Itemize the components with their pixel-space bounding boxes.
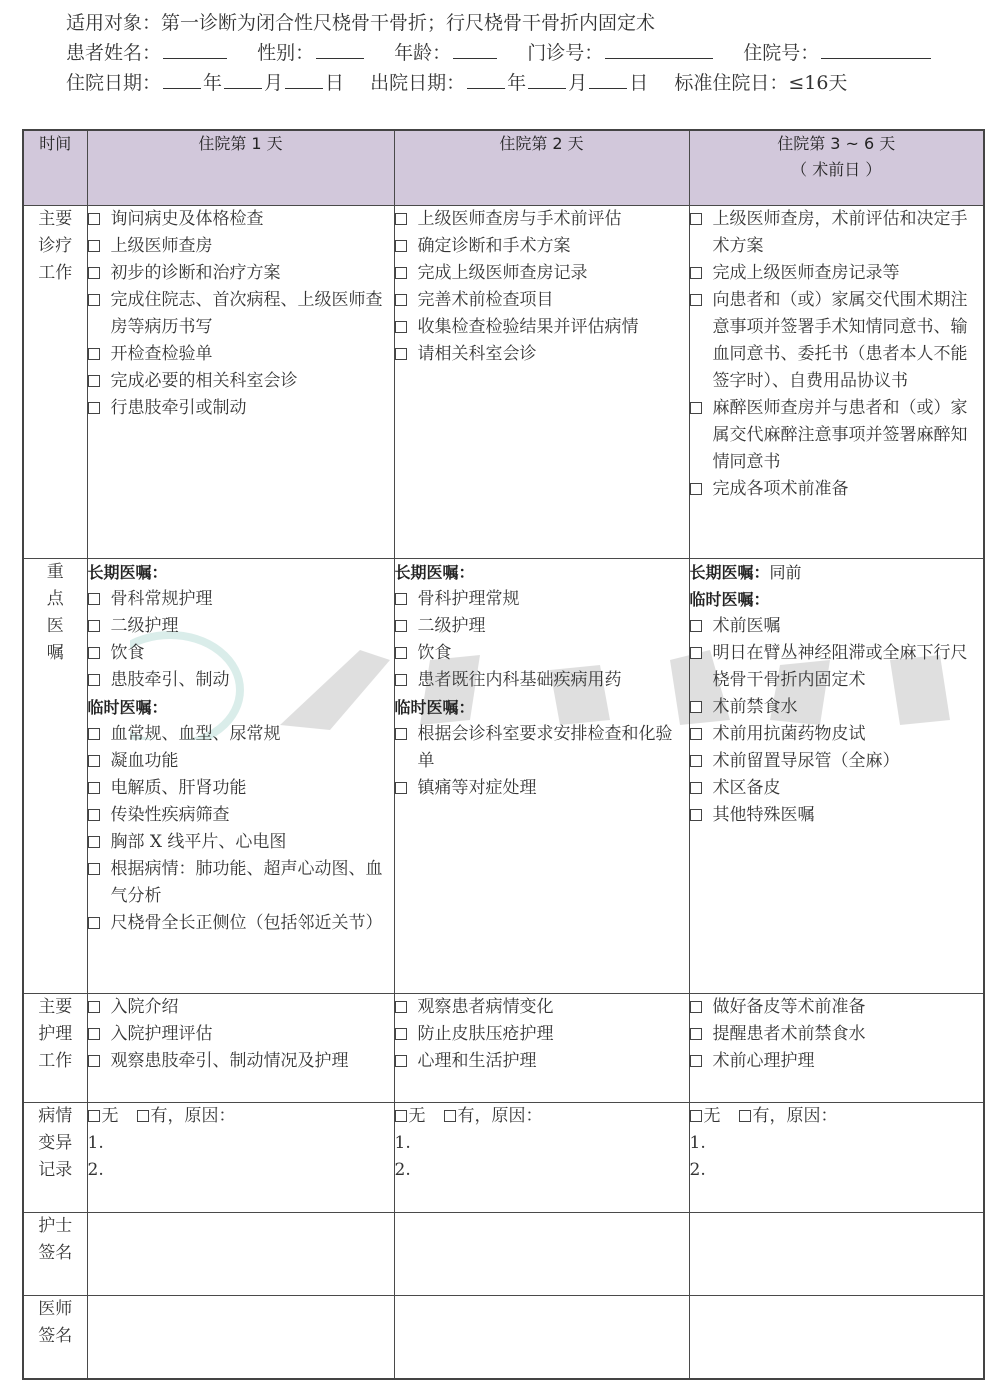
month-label: 月 bbox=[264, 72, 283, 94]
variation-none-checkbox[interactable] bbox=[690, 1110, 702, 1122]
checklist-item-text: 饮食 bbox=[111, 643, 145, 663]
checklist-item: 开检查检验单 bbox=[88, 341, 394, 368]
checklist-item-text: 电解质、肝肾功能 bbox=[111, 778, 247, 798]
checkbox[interactable] bbox=[88, 809, 100, 821]
checklist-item-text: 胸部 X 线平片、心电图 bbox=[111, 832, 287, 852]
checklist-item: 上级医师查房，术前评估和决定手术方案 bbox=[690, 206, 984, 260]
clinic-no-label: 门诊号： bbox=[527, 42, 603, 64]
checkbox[interactable] bbox=[395, 782, 407, 794]
checkbox[interactable] bbox=[395, 294, 407, 306]
checklist-item: 术前心理护理 bbox=[690, 1048, 984, 1075]
checkbox[interactable] bbox=[395, 674, 407, 686]
cell-diagnosis-day2: 上级医师查房与手术前评估确定诊断和手术方案完成上级医师查房记录完善术前检查项目收… bbox=[394, 206, 689, 559]
col-header-day3-6-sub: （ 术前日 ） bbox=[690, 157, 984, 183]
cell-diagnosis-day1: 询问病史及体格检查上级医师查房初步的诊断和治疗方案完成住院志、首次病程、上级医师… bbox=[87, 206, 394, 559]
checklist-item-text: 完善术前检查项目 bbox=[418, 290, 554, 310]
discharge-date-label: 出院日期： bbox=[370, 72, 465, 94]
year-label: 年 bbox=[203, 72, 222, 94]
checklist-item: 饮食 bbox=[88, 640, 394, 667]
day-label: 日 bbox=[325, 72, 344, 94]
admit-month-field[interactable] bbox=[224, 68, 262, 89]
checklist-item: 询问病史及体格检查 bbox=[88, 206, 394, 233]
row-doctor-sign: 医师签名 bbox=[23, 1296, 984, 1379]
checklist-item: 完成住院志、首次病程、上级医师查房等病历书写 bbox=[88, 287, 394, 341]
checkbox[interactable] bbox=[88, 836, 100, 848]
checkbox[interactable] bbox=[88, 620, 100, 632]
checklist-item-text: 提醒患者术前禁食水 bbox=[713, 1024, 866, 1044]
checklist-item: 根据会诊科室要求安排检查和化验单 bbox=[395, 721, 689, 775]
clinic-no-field[interactable] bbox=[605, 38, 713, 59]
doctor-sign-day1-field[interactable] bbox=[87, 1296, 394, 1379]
checklist-item: 二级护理 bbox=[395, 613, 689, 640]
row-nurse-sign: 护士签名 bbox=[23, 1213, 984, 1296]
checklist-item-text: 尺桡骨全长正侧位（包括邻近关节） bbox=[111, 913, 383, 933]
checklist-item: 明日在臂丛神经阻滞或全麻下行尺桡骨干骨折内固定术 bbox=[690, 640, 984, 694]
checkbox[interactable] bbox=[395, 1055, 407, 1067]
checkbox[interactable] bbox=[88, 728, 100, 740]
checkbox[interactable] bbox=[88, 294, 100, 306]
checkbox[interactable] bbox=[690, 809, 702, 821]
checklist-item: 术区备皮 bbox=[690, 775, 984, 802]
checklist-item: 完善术前检查项目 bbox=[395, 287, 689, 314]
checkbox[interactable] bbox=[690, 1055, 702, 1067]
checkbox[interactable] bbox=[88, 917, 100, 929]
checkbox[interactable] bbox=[690, 701, 702, 713]
day-label: 日 bbox=[629, 72, 648, 94]
hosp-no-field[interactable] bbox=[821, 38, 931, 59]
checkbox[interactable] bbox=[690, 267, 702, 279]
checkbox[interactable] bbox=[690, 1028, 702, 1040]
checklist-item-text: 观察患肢牵引、制动情况及护理 bbox=[111, 1051, 349, 1071]
checklist-item: 术前禁食水 bbox=[690, 694, 984, 721]
checklist-item-text: 根据病情：肺功能、超声心动图、血气分析 bbox=[111, 859, 383, 906]
month-label: 月 bbox=[568, 72, 587, 94]
checkbox[interactable] bbox=[88, 863, 100, 875]
checkbox[interactable] bbox=[395, 348, 407, 360]
checklist-item: 上级医师查房 bbox=[88, 233, 394, 260]
checklist-item: 麻醉医师查房并与患者和（或）家属交代麻醉注意事项并签署麻醉知情同意书 bbox=[690, 395, 984, 476]
age-label: 年龄： bbox=[394, 42, 451, 64]
variation-none-label: 无 bbox=[409, 1106, 426, 1126]
sex-field[interactable] bbox=[316, 38, 364, 59]
checklist-item-text: 术前禁食水 bbox=[713, 697, 798, 717]
cell-nursing-day2: 观察患者病情变化防止皮肤压疮护理心理和生活护理 bbox=[394, 994, 689, 1103]
checklist-item: 请相关科室会诊 bbox=[395, 341, 689, 368]
checkbox[interactable] bbox=[88, 1028, 100, 1040]
doctor-sign-day2-field[interactable] bbox=[394, 1296, 689, 1379]
row-label-variation: 病情变异记录 bbox=[23, 1103, 87, 1213]
variation-reason-1[interactable]: 1. bbox=[395, 1130, 689, 1157]
cell-nursing-day3: 做好备皮等术前准备提醒患者术前禁食水术前心理护理 bbox=[689, 994, 984, 1103]
nurse-sign-day2-field[interactable] bbox=[394, 1213, 689, 1296]
checklist-item-text: 术前留置导尿管（全麻） bbox=[713, 751, 900, 771]
variation-reason-2[interactable]: 2. bbox=[88, 1157, 394, 1184]
checklist-item-text: 饮食 bbox=[418, 643, 452, 663]
checklist-item-text: 患肢牵引、制动 bbox=[111, 670, 230, 690]
variation-none-label: 无 bbox=[102, 1106, 119, 1126]
row-label-diagnosis: 主要诊疗工作 bbox=[23, 206, 87, 559]
checkbox[interactable] bbox=[88, 240, 100, 252]
checklist-item-text: 确定诊断和手术方案 bbox=[418, 236, 571, 256]
temp-orders-heading: 临时医嘱： bbox=[88, 694, 394, 721]
long-term-orders-heading: 长期医嘱：同前 bbox=[690, 559, 984, 586]
checklist-item-text: 上级医师查房，术前评估和决定手术方案 bbox=[713, 209, 968, 256]
row-variation: 病情变异记录 无有，原因：1.2. 无有，原因：1.2. 无有，原因：1.2. bbox=[23, 1103, 984, 1213]
checkbox[interactable] bbox=[88, 1001, 100, 1013]
table-header-row: 时间 住院第 1 天 住院第 2 天 住院第 3 ~ 6 天 （ 术前日 ） bbox=[23, 130, 984, 206]
checklist-item-text: 观察患者病情变化 bbox=[418, 997, 554, 1017]
checklist-item-text: 初步的诊断和治疗方案 bbox=[111, 263, 281, 283]
checklist-item-text: 做好备皮等术前准备 bbox=[713, 997, 866, 1017]
checkbox[interactable] bbox=[88, 1055, 100, 1067]
checklist-item: 完成上级医师查房记录等 bbox=[690, 260, 984, 287]
checkbox[interactable] bbox=[690, 782, 702, 794]
checkbox[interactable] bbox=[690, 483, 702, 495]
checkbox[interactable] bbox=[88, 755, 100, 767]
checklist-item-text: 凝血功能 bbox=[111, 751, 179, 771]
checklist-item: 尺桡骨全长正侧位（包括邻近关节） bbox=[88, 910, 394, 937]
row-label-nursing: 主要护理工作 bbox=[23, 994, 87, 1103]
checkbox[interactable] bbox=[88, 348, 100, 360]
checklist-item: 完成必要的相关科室会诊 bbox=[88, 368, 394, 395]
checklist-item-text: 血常规、血型、尿常规 bbox=[111, 724, 281, 744]
checklist-item: 观察患肢牵引、制动情况及护理 bbox=[88, 1048, 394, 1075]
checkbox[interactable] bbox=[88, 647, 100, 659]
doctor-sign-day3-field[interactable] bbox=[689, 1296, 984, 1379]
cell-orders-day3: 长期医嘱：同前 临时医嘱： 术前医嘱明日在臂丛神经阻滞或全麻下行尺桡骨干骨折内固… bbox=[689, 559, 984, 994]
variation-none-label: 无 bbox=[704, 1106, 721, 1126]
checklist-item-text: 术前医嘱 bbox=[713, 616, 781, 636]
checklist-item: 骨科护理常规 bbox=[395, 586, 689, 613]
variation-yes-label: 有，原因： bbox=[753, 1106, 838, 1126]
checkbox[interactable] bbox=[395, 1001, 407, 1013]
checklist-item-text: 收集检查检验结果并评估病情 bbox=[418, 317, 639, 337]
long-term-orders-heading: 长期医嘱： bbox=[88, 559, 394, 586]
cell-variation-day3: 无有，原因：1.2. bbox=[689, 1103, 984, 1213]
checkbox[interactable] bbox=[690, 728, 702, 740]
col-header-day1: 住院第 1 天 bbox=[87, 130, 394, 206]
checklist-item-text: 麻醉医师查房并与患者和（或）家属交代麻醉注意事项并签署麻醉知情同意书 bbox=[713, 398, 968, 472]
checklist-item: 术前用抗菌药物皮试 bbox=[690, 721, 984, 748]
variation-reason-1[interactable]: 1. bbox=[690, 1130, 984, 1157]
nurse-sign-day3-field[interactable] bbox=[689, 1213, 984, 1296]
cell-orders-day1: 长期医嘱： 骨科常规护理二级护理饮食患肢牵引、制动 临时医嘱： 血常规、血型、尿… bbox=[87, 559, 394, 994]
checklist-item-text: 心理和生活护理 bbox=[418, 1051, 537, 1071]
applicable-line: 适用对象：第一诊断为闭合性尺桡骨干骨折；行尺桡骨干骨折内固定术 bbox=[66, 8, 933, 38]
checklist-item-text: 根据会诊科室要求安排检查和化验单 bbox=[418, 724, 673, 771]
checklist-item-text: 入院护理评估 bbox=[111, 1024, 213, 1044]
nurse-sign-day1-field[interactable] bbox=[87, 1213, 394, 1296]
checklist-item: 术前医嘱 bbox=[690, 613, 984, 640]
checklist-item-text: 骨科常规护理 bbox=[111, 589, 213, 609]
checklist-item: 入院护理评估 bbox=[88, 1021, 394, 1048]
checkbox[interactable] bbox=[690, 213, 702, 225]
checklist-item: 镇痛等对症处理 bbox=[395, 775, 689, 802]
form-header: 适用对象：第一诊断为闭合性尺桡骨干骨折；行尺桡骨干骨折内固定术 患者姓名： 性别… bbox=[66, 8, 933, 98]
checkbox[interactable] bbox=[690, 755, 702, 767]
checklist-item-text: 二级护理 bbox=[111, 616, 179, 636]
admit-date-label: 住院日期： bbox=[66, 72, 161, 94]
checklist-item-text: 术区备皮 bbox=[713, 778, 781, 798]
checkbox[interactable] bbox=[395, 1028, 407, 1040]
row-label-orders: 重点医嘱 bbox=[23, 559, 87, 994]
col-header-day3-6: 住院第 3 ~ 6 天 （ 术前日 ） bbox=[689, 130, 984, 206]
age-field[interactable] bbox=[453, 38, 497, 59]
checkbox[interactable] bbox=[88, 782, 100, 794]
col-header-time: 时间 bbox=[23, 130, 87, 206]
checkbox[interactable] bbox=[395, 647, 407, 659]
checklist-item: 完成上级医师查房记录 bbox=[395, 260, 689, 287]
checklist-item: 其他特殊医嘱 bbox=[690, 802, 984, 829]
checkbox[interactable] bbox=[395, 321, 407, 333]
checklist-item-text: 请相关科室会诊 bbox=[418, 344, 537, 364]
row-diagnosis: 主要诊疗工作 询问病史及体格检查上级医师查房初步的诊断和治疗方案完成住院志、首次… bbox=[23, 206, 984, 559]
checkbox[interactable] bbox=[395, 267, 407, 279]
cell-nursing-day1: 入院介绍入院护理评估观察患肢牵引、制动情况及护理 bbox=[87, 994, 394, 1103]
checklist-item: 二级护理 bbox=[88, 613, 394, 640]
long-term-orders-heading: 长期医嘱： bbox=[395, 559, 689, 586]
checklist-item: 确定诊断和手术方案 bbox=[395, 233, 689, 260]
variation-reason-1[interactable]: 1. bbox=[88, 1130, 394, 1157]
variation-reason-2[interactable]: 2. bbox=[395, 1157, 689, 1184]
standard-stay: 标准住院日：≤16天 bbox=[674, 72, 847, 94]
checklist-item-text: 询问病史及体格检查 bbox=[111, 209, 264, 229]
checklist-item-text: 骨科护理常规 bbox=[418, 589, 520, 609]
checklist-item-text: 二级护理 bbox=[418, 616, 486, 636]
checklist-item: 传染性疾病筛查 bbox=[88, 802, 394, 829]
checkbox[interactable] bbox=[690, 620, 702, 632]
checklist-item-text: 防止皮肤压疮护理 bbox=[418, 1024, 554, 1044]
checklist-item-text: 完成上级医师查房记录等 bbox=[713, 263, 900, 283]
checkbox[interactable] bbox=[88, 674, 100, 686]
cell-variation-day1: 无有，原因：1.2. bbox=[87, 1103, 394, 1213]
clinical-pathway-table: 时间 住院第 1 天 住院第 2 天 住院第 3 ~ 6 天 （ 术前日 ） 主… bbox=[22, 129, 985, 1380]
checklist-item-text: 患者既往内科基础疾病用药 bbox=[418, 670, 622, 690]
checkbox[interactable] bbox=[395, 213, 407, 225]
checkbox[interactable] bbox=[395, 593, 407, 605]
checklist-item: 骨科常规护理 bbox=[88, 586, 394, 613]
checklist-item-text: 上级医师查房 bbox=[111, 236, 213, 256]
checkbox[interactable] bbox=[690, 647, 702, 659]
checklist-item-text: 行患肢牵引或制动 bbox=[111, 398, 247, 418]
cell-orders-day2: 长期医嘱： 骨科护理常规二级护理饮食患者既往内科基础疾病用药 临时医嘱： 根据会… bbox=[394, 559, 689, 994]
col-header-day2: 住院第 2 天 bbox=[394, 130, 689, 206]
checklist-item: 饮食 bbox=[395, 640, 689, 667]
temp-orders-heading: 临时医嘱： bbox=[395, 694, 689, 721]
hosp-no-label: 住院号： bbox=[743, 42, 819, 64]
checkbox[interactable] bbox=[88, 402, 100, 414]
year-label: 年 bbox=[507, 72, 526, 94]
checklist-item: 观察患者病情变化 bbox=[395, 994, 689, 1021]
checklist-item: 根据病情：肺功能、超声心动图、血气分析 bbox=[88, 856, 394, 910]
patient-name-label: 患者姓名： bbox=[66, 42, 161, 64]
variation-reason-2[interactable]: 2. bbox=[690, 1157, 984, 1184]
checklist-item: 上级医师查房与手术前评估 bbox=[395, 206, 689, 233]
checklist-item-text: 其他特殊医嘱 bbox=[713, 805, 815, 825]
cell-variation-day2: 无有，原因：1.2. bbox=[394, 1103, 689, 1213]
row-label-nurse-sign: 护士签名 bbox=[23, 1213, 87, 1296]
checkbox[interactable] bbox=[88, 213, 100, 225]
checklist-item: 向患者和（或）家属交代围术期注意事项并签署手术知情同意书、输血同意书、委托书（患… bbox=[690, 287, 984, 395]
checklist-item-text: 明日在臂丛神经阻滞或全麻下行尺桡骨干骨折内固定术 bbox=[713, 643, 968, 690]
checklist-item-text: 传染性疾病筛查 bbox=[111, 805, 230, 825]
checkbox[interactable] bbox=[395, 728, 407, 740]
variation-none-checkbox[interactable] bbox=[88, 1110, 100, 1122]
checklist-item-text: 入院介绍 bbox=[111, 997, 179, 1017]
variation-yes-label: 有，原因： bbox=[151, 1106, 236, 1126]
discharge-day-field[interactable] bbox=[589, 68, 627, 89]
checklist-item: 电解质、肝肾功能 bbox=[88, 775, 394, 802]
temp-orders-heading: 临时医嘱： bbox=[690, 586, 984, 613]
checklist-item-text: 完成各项术前准备 bbox=[713, 479, 849, 499]
checklist-item: 收集检查检验结果并评估病情 bbox=[395, 314, 689, 341]
checkbox[interactable] bbox=[88, 375, 100, 387]
checklist-item-text: 完成上级医师查房记录 bbox=[418, 263, 588, 283]
checklist-item: 心理和生活护理 bbox=[395, 1048, 689, 1075]
same-as-before: 同前 bbox=[770, 563, 802, 582]
checklist-item: 入院介绍 bbox=[88, 994, 394, 1021]
checklist-item: 做好备皮等术前准备 bbox=[690, 994, 984, 1021]
variation-yes-checkbox[interactable] bbox=[739, 1110, 751, 1122]
checklist-item-text: 向患者和（或）家属交代围术期注意事项并签署手术知情同意书、输血同意书、委托书（患… bbox=[713, 290, 968, 391]
checklist-item-text: 术前用抗菌药物皮试 bbox=[713, 724, 866, 744]
checkbox[interactable] bbox=[88, 267, 100, 279]
admit-year-field[interactable] bbox=[163, 68, 201, 89]
discharge-month-field[interactable] bbox=[528, 68, 566, 89]
variation-yes-checkbox[interactable] bbox=[137, 1110, 149, 1122]
cell-diagnosis-day3: 上级医师查房，术前评估和决定手术方案完成上级医师查房记录等向患者和（或）家属交代… bbox=[689, 206, 984, 559]
checklist-item: 行患肢牵引或制动 bbox=[88, 395, 394, 422]
checkbox[interactable] bbox=[395, 240, 407, 252]
checklist-item: 血常规、血型、尿常规 bbox=[88, 721, 394, 748]
checklist-item: 提醒患者术前禁食水 bbox=[690, 1021, 984, 1048]
checklist-item-text: 上级医师查房与手术前评估 bbox=[418, 209, 622, 229]
checklist-item: 完成各项术前准备 bbox=[690, 476, 984, 503]
checklist-item-text: 镇痛等对症处理 bbox=[418, 778, 537, 798]
patient-name-field[interactable] bbox=[163, 38, 227, 59]
variation-yes-label: 有，原因： bbox=[458, 1106, 543, 1126]
checklist-item: 防止皮肤压疮护理 bbox=[395, 1021, 689, 1048]
variation-none-checkbox[interactable] bbox=[395, 1110, 407, 1122]
checklist-item: 患肢牵引、制动 bbox=[88, 667, 394, 694]
checklist-item-text: 完成必要的相关科室会诊 bbox=[111, 371, 298, 391]
checkbox[interactable] bbox=[690, 1001, 702, 1013]
col-header-day3-6-title: 住院第 3 ~ 6 天 bbox=[690, 131, 984, 157]
checkbox[interactable] bbox=[690, 294, 702, 306]
admit-day-field[interactable] bbox=[285, 68, 323, 89]
row-nursing: 主要护理工作 入院介绍入院护理评估观察患肢牵引、制动情况及护理 观察患者病情变化… bbox=[23, 994, 984, 1103]
checklist-item-text: 开检查检验单 bbox=[111, 344, 213, 364]
row-label-doctor-sign: 医师签名 bbox=[23, 1296, 87, 1379]
row-orders: 重点医嘱 长期医嘱： 骨科常规护理二级护理饮食患肢牵引、制动 临时医嘱： 血常规… bbox=[23, 559, 984, 994]
checklist-item: 凝血功能 bbox=[88, 748, 394, 775]
checklist-item-text: 术前心理护理 bbox=[713, 1051, 815, 1071]
checkbox[interactable] bbox=[395, 620, 407, 632]
checkbox[interactable] bbox=[88, 593, 100, 605]
checklist-item: 患者既往内科基础疾病用药 bbox=[395, 667, 689, 694]
variation-yes-checkbox[interactable] bbox=[444, 1110, 456, 1122]
sex-label: 性别： bbox=[257, 42, 314, 64]
checklist-item: 初步的诊断和治疗方案 bbox=[88, 260, 394, 287]
checklist-item: 胸部 X 线平片、心电图 bbox=[88, 829, 394, 856]
checkbox[interactable] bbox=[690, 402, 702, 414]
checklist-item: 术前留置导尿管（全麻） bbox=[690, 748, 984, 775]
discharge-year-field[interactable] bbox=[467, 68, 505, 89]
checklist-item-text: 完成住院志、首次病程、上级医师查房等病历书写 bbox=[111, 290, 383, 337]
